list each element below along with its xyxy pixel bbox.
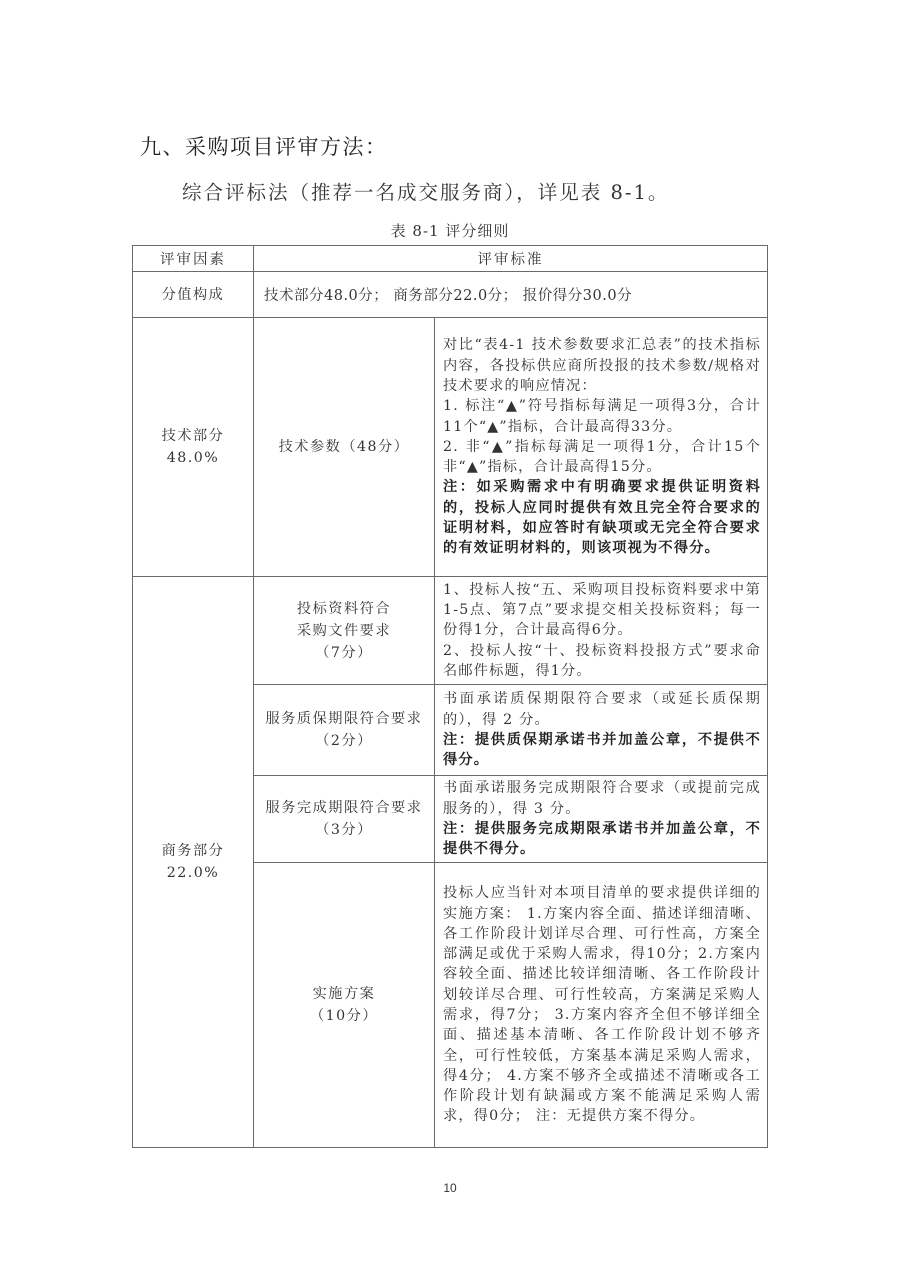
section-heading: 九、采购项目评审方法： (140, 131, 388, 161)
table-header-row: 评审因素 评审标准 (133, 246, 768, 272)
technical-item-name: 技术参数（48分） (254, 318, 435, 577)
item-name-line: 服务质保期限符合要求 (254, 708, 434, 730)
business-item-name: 服务完成期限符合要求 （3分） (254, 776, 435, 863)
item-name-line: 投标资料符合 (254, 598, 434, 620)
item-points: （3分） (254, 819, 434, 841)
business-label: 商务部分 (133, 840, 253, 862)
business-factor-cell: 商务部分 22.0% (133, 577, 254, 1148)
criteria-note: 注：如采购需求中有明确要求提供证明资料的，投标人应同时提供有效且完全符合要求的证… (443, 477, 761, 558)
composition-value: 技术部分48.0分； 商务部分22.0分； 报价得分30.0分 (254, 272, 768, 318)
criteria-line: 1. 标注“▲”符号指标每满足一项得3分，合计11个“▲”指标，合计最高得33分… (443, 396, 761, 437)
composition-label: 分值构成 (133, 272, 254, 318)
technical-item-criteria: 对比“表4-1 技术参数要求汇总表”的技术指标内容，各投标供应商所投报的技术参数… (435, 318, 768, 577)
business-item-criteria: 投标人应当针对本项目清单的要求提供详细的实施方案： 1.方案内容全面、描述详细清… (435, 863, 768, 1148)
table-caption: 表 8-1 评分细则 (0, 220, 900, 241)
criteria-line: 投标人应当针对本项目清单的要求提供详细的实施方案： 1.方案内容全面、描述详细清… (443, 883, 761, 1127)
item-points: （7分） (254, 642, 434, 664)
technical-label: 技术部分 (133, 425, 253, 447)
criteria-line: 对比“表4-1 技术参数要求汇总表”的技术指标内容，各投标供应商所投报的技术参数… (443, 335, 761, 396)
technical-factor-cell: 技术部分 48.0% (133, 318, 254, 577)
technical-percent: 48.0% (133, 447, 253, 469)
item-name-line: 服务完成期限符合要求 (254, 797, 434, 819)
item-name-line: 实施方案 (254, 983, 434, 1005)
business-item-criteria: 书面承诺质保期限符合要求（或延长质保期的），得 2 分。 注：提供质保期承诺书并… (435, 685, 768, 776)
criteria-line: 书面承诺服务完成期限符合要求（或提前完成服务的），得 3 分。 (443, 778, 761, 819)
intro-paragraph: 综合评标法（推荐一名成交服务商），详见表 8-1。 (182, 177, 669, 205)
page-number: 10 (0, 1181, 900, 1195)
table-row-business-docs: 商务部分 22.0% 投标资料符合 采购文件要求 （7分） 1、投标人按“五、采… (133, 577, 768, 685)
criteria-note: 注：提供质保期承诺书并加盖公章，不提供不得分。 (443, 730, 761, 771)
criteria-line: 书面承诺质保期限符合要求（或延长质保期的），得 2 分。 (443, 689, 761, 730)
criteria-line: 1、投标人按“五、采购项目投标资料要求中第1-5点、第7点”要求提交相关投标资料… (443, 580, 761, 641)
scoring-table: 评审因素 评审标准 分值构成 技术部分48.0分； 商务部分22.0分； 报价得… (132, 245, 768, 1148)
table-row-composition: 分值构成 技术部分48.0分； 商务部分22.0分； 报价得分30.0分 (133, 272, 768, 318)
header-criteria: 评审标准 (254, 246, 768, 272)
business-percent: 22.0% (133, 862, 253, 884)
business-item-criteria: 1、投标人按“五、采购项目投标资料要求中第1-5点、第7点”要求提交相关投标资料… (435, 577, 768, 685)
item-points: （10分） (254, 1005, 434, 1027)
table-row-technical: 技术部分 48.0% 技术参数（48分） 对比“表4-1 技术参数要求汇总表”的… (133, 318, 768, 577)
header-factor: 评审因素 (133, 246, 254, 272)
item-points: （2分） (254, 730, 434, 752)
business-item-name: 实施方案 （10分） (254, 863, 435, 1148)
criteria-line: 2、投标人按“十、投标资料投报方式”要求命名邮件标题，得1分。 (443, 641, 761, 682)
business-item-criteria: 书面承诺服务完成期限符合要求（或提前完成服务的），得 3 分。 注：提供服务完成… (435, 776, 768, 863)
business-item-name: 投标资料符合 采购文件要求 （7分） (254, 577, 435, 685)
item-name-line: 采购文件要求 (254, 620, 434, 642)
criteria-note: 注：提供服务完成期限承诺书并加盖公章，不提供不得分。 (443, 819, 761, 860)
criteria-line: 2. 非“▲”指标每满足一项得1分，合计15个非“▲”指标，合计最高得15分。 (443, 437, 761, 478)
business-item-name: 服务质保期限符合要求 （2分） (254, 685, 435, 776)
